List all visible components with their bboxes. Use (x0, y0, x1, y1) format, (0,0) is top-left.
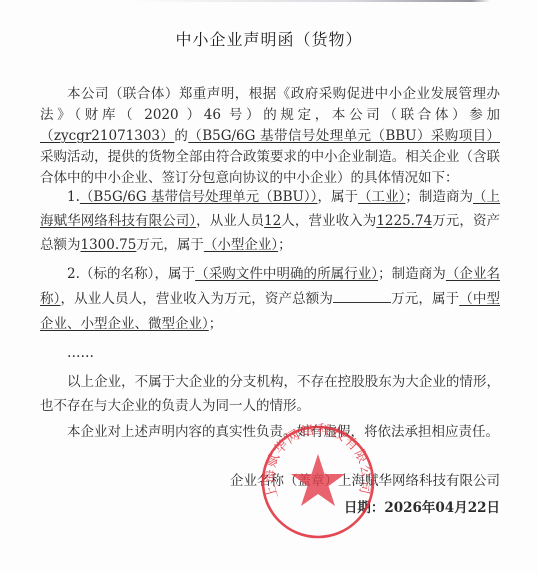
company-label: 企业名称（盖章） (230, 473, 338, 489)
item-1-industry: （工业） (358, 189, 405, 205)
project-code: （zycgr21071303） (40, 128, 174, 144)
date-value: 2026年04月22日 (384, 500, 500, 516)
ellipsis: …… (40, 343, 500, 364)
intro-text-b: 的 (174, 128, 188, 144)
item-1-end: ； (278, 237, 292, 253)
item-1-belongs-label: ，属于 (317, 189, 358, 205)
item-1-revenue: 1225.74 (376, 213, 432, 229)
item-2-mid: ，从业人员人，营业收入为万元，资产总额为 (61, 291, 334, 307)
item-1-maker-label: ；制造商为 (405, 189, 473, 205)
project-name: （B5G/6G 基带信号处理单元（BBU）采购项目） (188, 128, 500, 144)
item-1-number: 1. (67, 189, 80, 205)
scan-edge-line (130, 0, 490, 2)
item-1: 1.（B5G/6G 基带信号处理单元（BBU）），属于（工业）；制造商为（上海赋… (40, 185, 500, 257)
item-2-assets-unit: 万元，属于 (391, 291, 459, 307)
item-2: 2.（标的名称），属于（采购文件中明确的所属行业）；制造商为（企业名称），从业人… (40, 262, 500, 337)
document-page: 中小企业声明函（货物） 本公司（联合体）郑重声明，根据《政府采购促进中小企业发展… (0, 0, 538, 573)
item-1-staff-label: ，从业人员 (196, 213, 264, 229)
signature-date: 日期：2026年04月22日 (344, 496, 500, 516)
item-2-assets-blank (333, 290, 391, 303)
item-2-maker-label: ；制造商为 (378, 266, 446, 282)
signature-company: 企业名称（盖章）上海赋华网络科技有限公司 (230, 469, 500, 489)
company-name: 上海赋华网络科技有限公司 (338, 473, 500, 489)
item-2-prefix: 2.（标的名称），属于 (67, 266, 195, 282)
intro-text-a: 本公司（联合体）郑重声明，根据《政府采购促进中小企业发展管理办法》（财库（ 20… (40, 86, 500, 123)
intro-text-c: 采购活动，提供的货物全部由符合政策要求的中小企业制造。相关企业（含联合体中的中小… (40, 149, 500, 186)
item-1-staff: 12 (264, 213, 281, 229)
item-1-assets-unit: 万元，属于 (136, 237, 204, 253)
date-label: 日期： (344, 500, 385, 516)
item-2-industry: （采购文件中明确的所属行业） (195, 266, 378, 282)
intro-paragraph: 本公司（联合体）郑重声明，根据《政府采购促进中小企业发展管理办法》（财库（ 20… (40, 84, 500, 189)
item-1-assets: 1300.75 (81, 237, 137, 253)
item-2-end: ； (209, 316, 223, 332)
item-1-staff-unit: 人，营业收入为 (281, 213, 376, 229)
statement-branch: 以上企业，不属于大企业的分支机构，不存在控股股东为大企业的情形，也不存在与大企业… (40, 370, 500, 418)
document-title: 中小企业声明函（货物） (0, 27, 538, 50)
item-1-size: （小型企业） (204, 237, 278, 253)
item-1-product: （B5G/6G 基带信号处理单元（BBU）） (80, 189, 318, 205)
statement-truth: 本企业对上述声明内容的真实性负责。如有虚假，将依法承担相应责任。 (40, 422, 500, 443)
